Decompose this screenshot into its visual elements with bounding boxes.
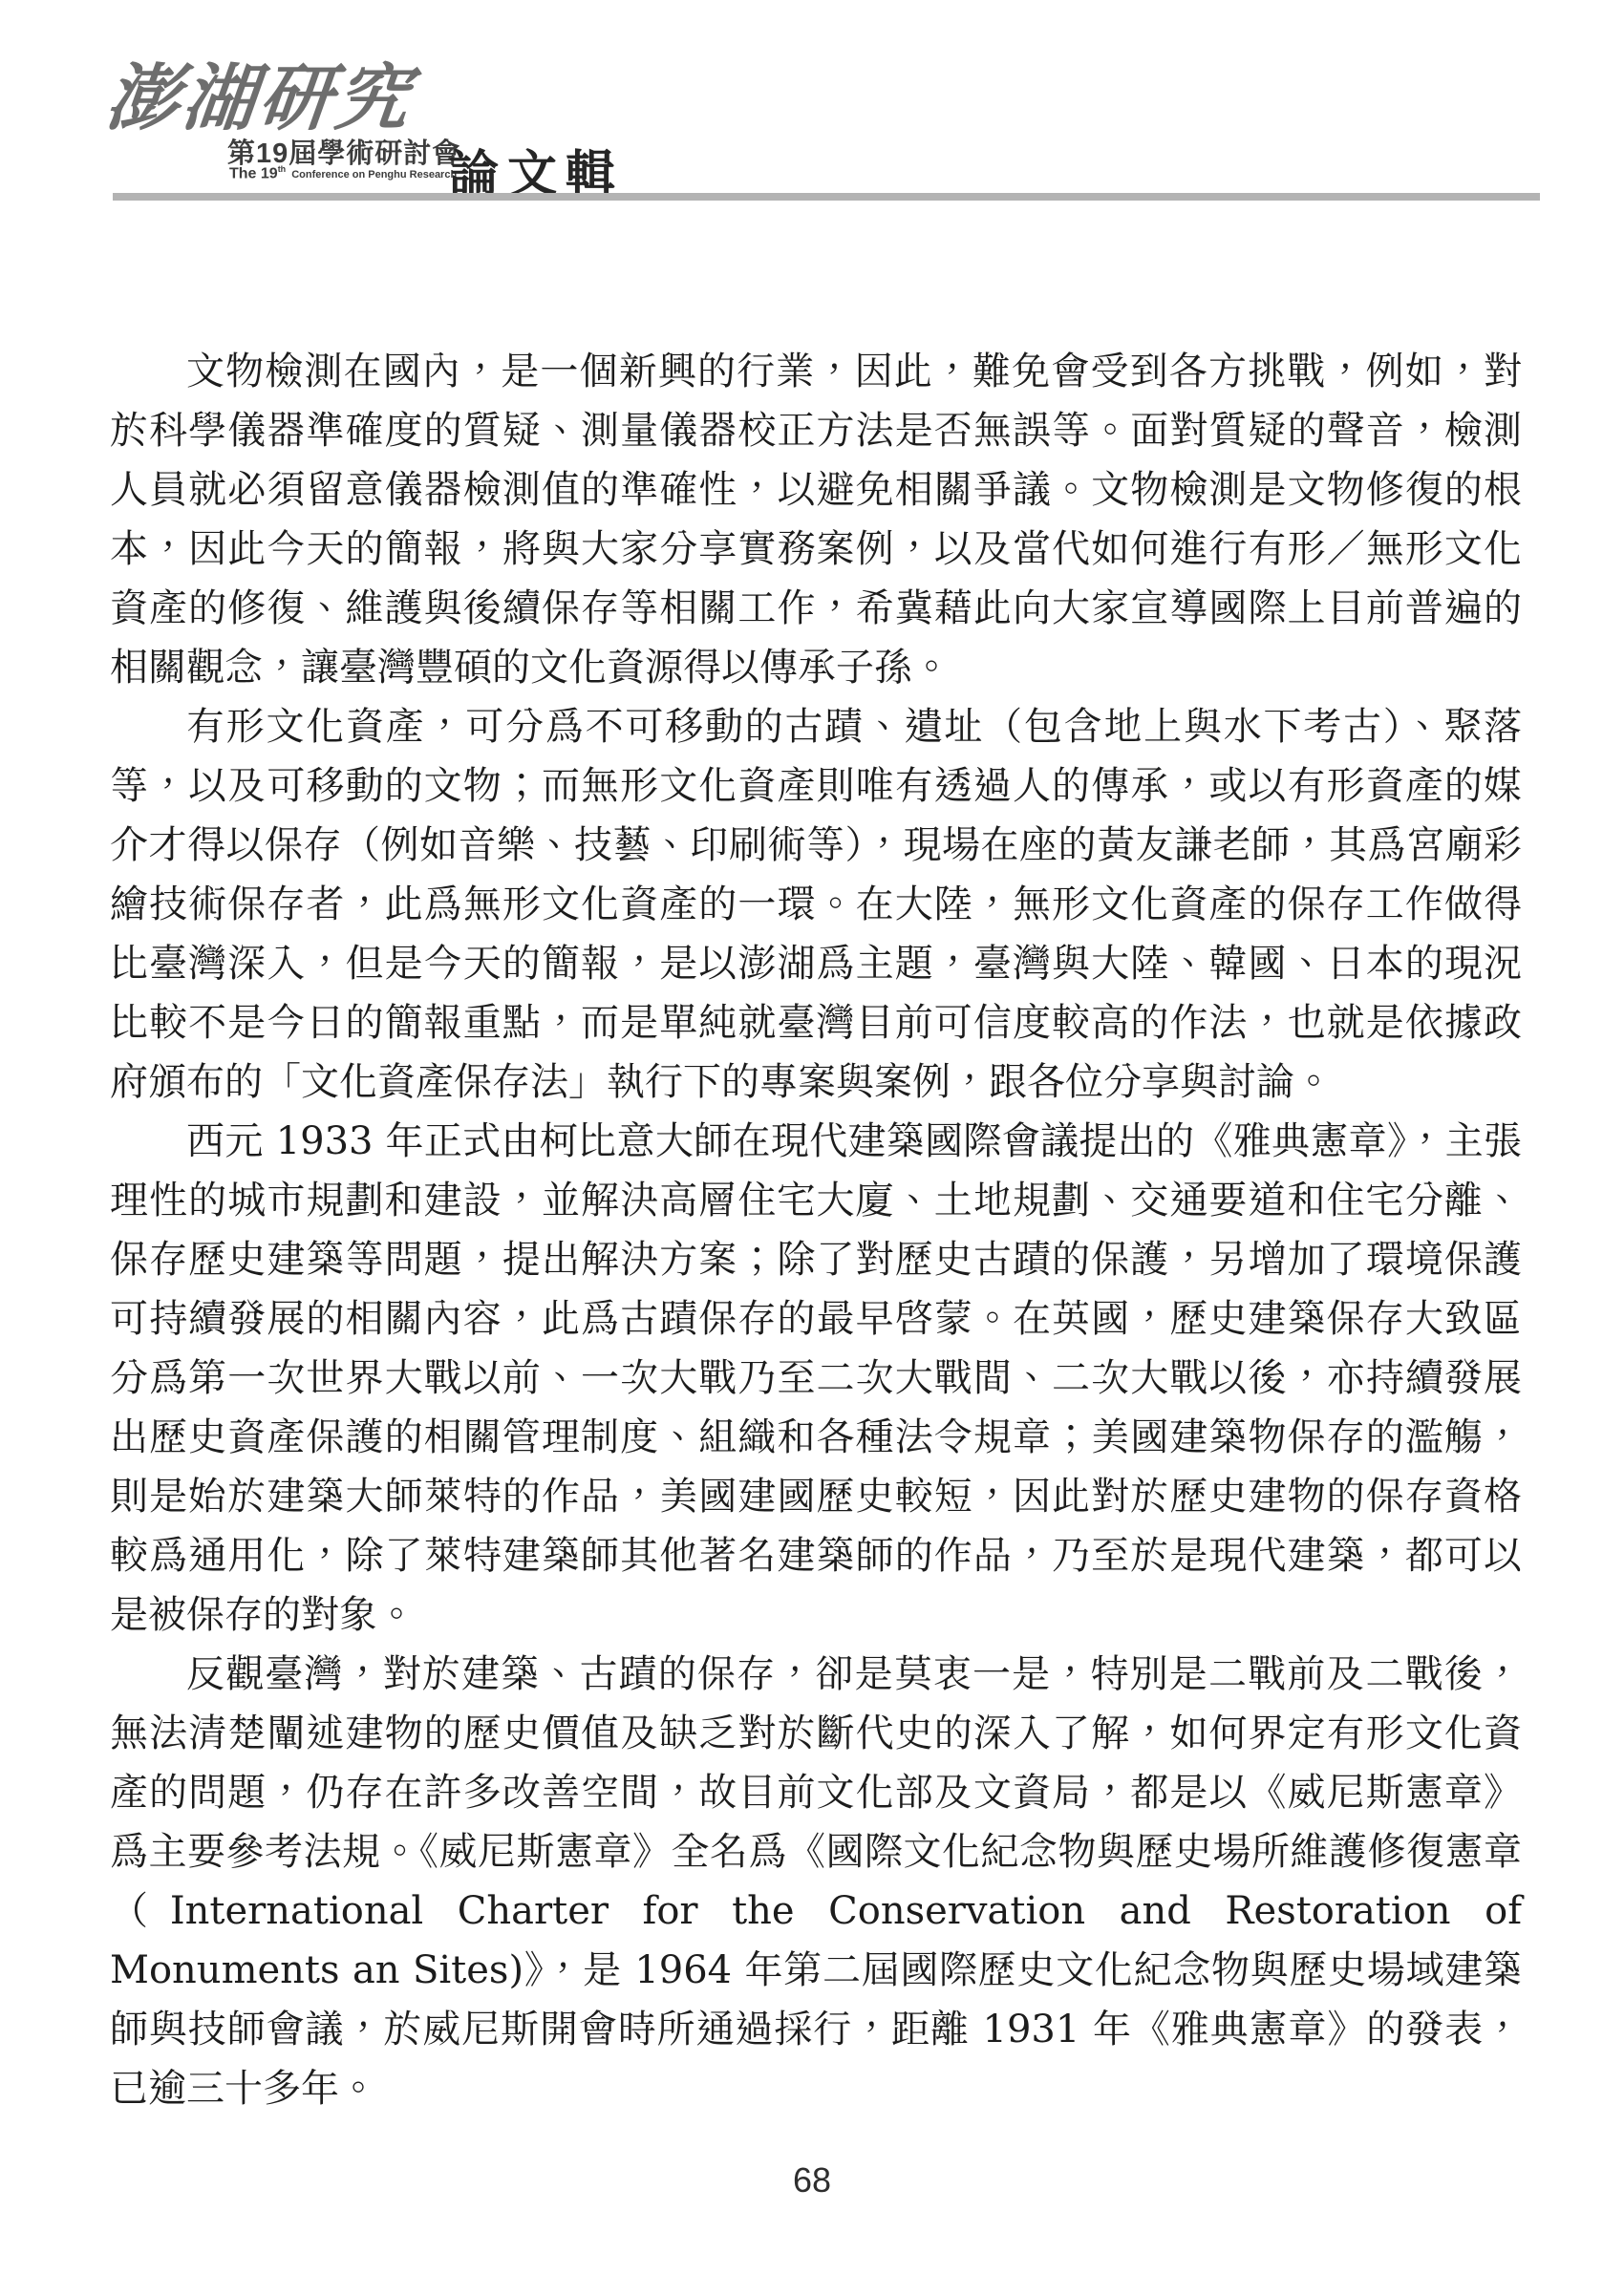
conference-en-ordinal: th	[278, 164, 287, 174]
page-number: 68	[0, 2160, 1624, 2200]
conference-en-prefix: The 19	[229, 165, 278, 181]
logo-calligraphy: 澎湖研究	[101, 40, 417, 144]
paragraph: 西元 1933 年正式由柯比意大師在現代建築國際會議提出的《雅典憲章》，主張理性…	[110, 1112, 1522, 1645]
paragraph: 反觀臺灣，對於建築、古蹟的保存，卻是莫衷一是，特別是二戰前及二戰後，無法清楚闡述…	[110, 1645, 1522, 2118]
conference-en-suffix: Conference on Penghu Research	[291, 169, 457, 181]
paragraph: 有形文化資產，可分爲不可移動的古蹟、遺址（包含地上與水下考古）、聚落等，以及可移…	[110, 697, 1522, 1112]
header-divider	[113, 193, 1540, 201]
document-page: 澎湖研究 第19屆學術研討會 The 19thConference on Pen…	[0, 0, 1624, 2296]
conference-title-en: The 19thConference on Penghu Research	[229, 164, 457, 182]
paragraph: 文物檢測在國內，是一個新興的行業，因此，難免會受到各方挑戰，例如，對於科學儀器準…	[110, 342, 1522, 697]
article-body: 文物檢測在國內，是一個新興的行業，因此，難免會受到各方挑戰，例如，對於科學儀器準…	[110, 342, 1522, 2118]
